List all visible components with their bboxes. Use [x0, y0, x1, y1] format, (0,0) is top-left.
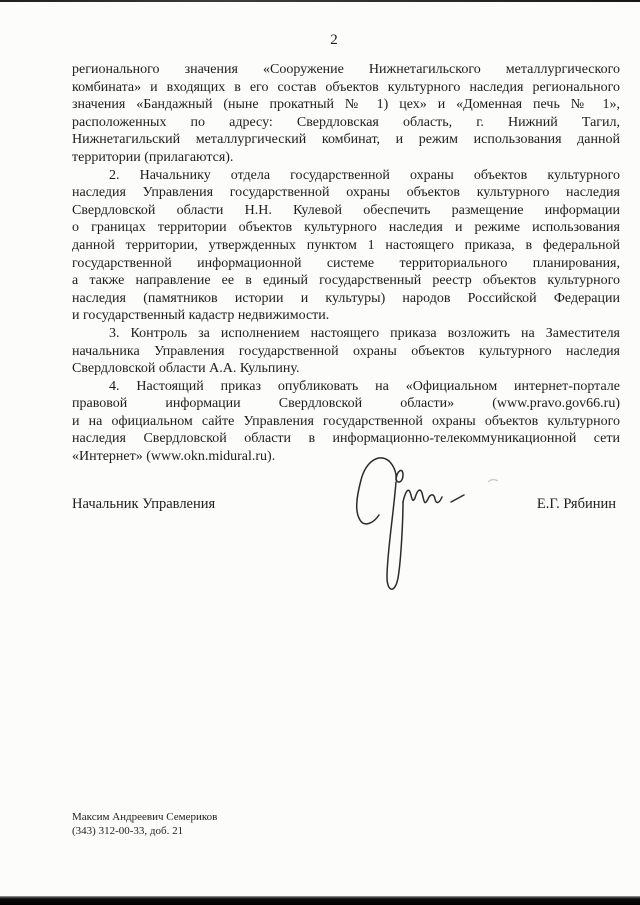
signee-name: Е.Г. Рябинин — [537, 496, 616, 513]
contact-phone: (343) 312-00-33, доб. 21 — [72, 825, 217, 839]
text-line: наследия (памятников истории и культуры)… — [72, 290, 620, 308]
text-line: о границах территории объектов культурно… — [72, 219, 620, 237]
text-line: государственной информационной системе т… — [72, 255, 620, 273]
handwritten-signature — [345, 450, 505, 605]
text-line: комбината» и входящих в его состав объек… — [72, 79, 620, 97]
text-line: и на официальном сайте Управления госуда… — [72, 413, 620, 431]
contact-name: Максим Андреевич Семериков — [72, 811, 217, 825]
scan-edge-bottom — [0, 896, 640, 905]
page-number: 2 — [60, 32, 608, 49]
text-line: Свердловской области А.А. Кульпину. — [72, 360, 620, 378]
signature-icon — [345, 450, 505, 605]
text-line: регионального значения «Сооружение Нижне… — [72, 61, 620, 79]
paragraph: регионального значения «Сооружение Нижне… — [72, 61, 620, 167]
text-line: расположенных по адресу: Свердловская об… — [72, 114, 620, 132]
text-line: значения «Бандажный (ныне прокатный № 1)… — [72, 96, 620, 114]
document-page: 2 регионального значения «Сооружение Ниж… — [0, 0, 640, 905]
stray-scan-mark — [488, 480, 498, 482]
text-line: 3. Контроль за исполнением настоящего пр… — [72, 325, 620, 343]
text-line: территории (прилагаются). — [72, 149, 620, 167]
text-line: наследия Свердловской области в информац… — [72, 430, 620, 448]
text-line: 4. Настоящий приказ опубликовать на «Офи… — [72, 378, 620, 396]
signature-block: Начальник Управления Е.Г. Рябинин — [72, 496, 616, 513]
text-line: данной территории, утвержденных пунктом … — [72, 237, 620, 255]
text-line: и государственный кадастр недвижимости. — [72, 307, 620, 325]
document-body: регионального значения «Сооружение Нижне… — [72, 61, 620, 466]
contact-footer: Максим Андреевич Семериков (343) 312-00-… — [72, 811, 217, 838]
text-line: правовой информации Свердловской области… — [72, 395, 620, 413]
paragraph: 3. Контроль за исполнением настоящего пр… — [72, 325, 620, 378]
text-line: 2. Начальнику отдела государственной охр… — [72, 167, 620, 185]
text-line: Нижнетагильский металлургический комбина… — [72, 131, 620, 149]
text-line: начальника Управления государственной ох… — [72, 343, 620, 361]
text-line: наследия Управления государственной охра… — [72, 184, 620, 202]
signee-position-label: Начальник Управления — [72, 496, 215, 513]
scan-edge-top — [0, 0, 640, 2]
paragraph: 2. Начальнику отдела государственной охр… — [72, 167, 620, 325]
text-line: а также направление ее в единый государс… — [72, 272, 620, 290]
text-line: Свердловской области Н.Н. Кулевой обеспе… — [72, 202, 620, 220]
